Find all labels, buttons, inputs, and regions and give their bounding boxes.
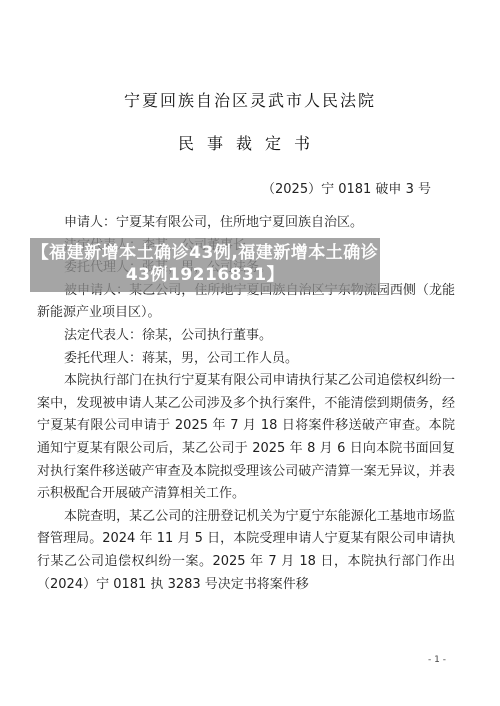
court-name: 宁夏回族自治区灵武市人民法院 [0,88,500,111]
document-page: 宁夏回族自治区灵武市人民法院 民事裁定书 （2025）宁 0181 破申 3 号… [0,0,500,706]
paragraph-respondent-legal-rep: 法定代表人：徐某，公司执行董事。 [37,325,455,348]
paragraph-court-findings: 本院查明，某乙公司的注册登记机关为宁夏宁东能源化工基地市场监督管理局。2024 … [37,506,455,596]
paragraph-applicant: 申请人：宁夏某有限公司，住所地宁夏回族自治区。 [37,212,455,235]
paragraph-respondent-agent: 委托代理人：蒋某，男，公司工作人员。 [37,348,455,371]
document-type-title: 民事裁定书 [178,131,323,154]
case-number: （2025）宁 0181 破申 3 号 [262,178,431,197]
page-number: - 1 - [428,655,446,665]
paragraph-case-background: 本院执行部门在执行宁夏某有限公司申请执行某乙公司追偿权纠纷一案中，发现被申请人某… [37,370,455,506]
overlay-headline-banner: 【福建新增本土确诊43例,福建新增本土确诊43例19216831】 [30,238,380,292]
